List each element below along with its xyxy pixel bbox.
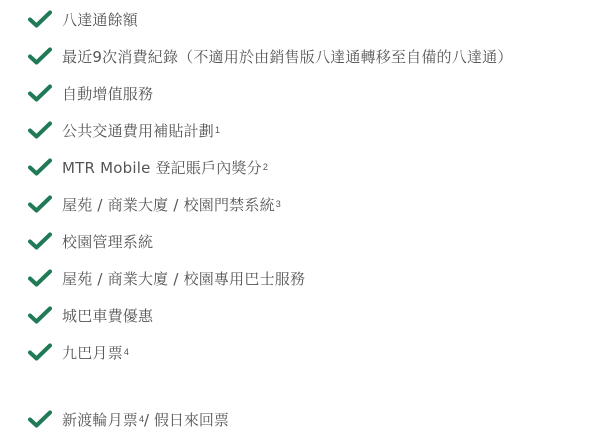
feature-label: 城巴車費優惠	[62, 305, 153, 326]
feature-item-citybus-discount: 城巴車費優惠	[28, 303, 153, 327]
feature-list: 八達通餘額 最近9次消費紀錄（不適用於由銷售版八達通轉移至自備的八達通） 自動增…	[0, 0, 600, 442]
feature-item-ferry-monthly-pass: 新渡輪月票 4 / 假日來回票	[28, 407, 229, 431]
feature-item-shuttle-bus: 屋苑 / 商業大廈 / 校園專用巴士服務	[28, 266, 305, 290]
feature-item-fare-subsidy: 公共交通費用補貼計劃 1	[28, 118, 220, 142]
feature-label: 校園管理系統	[62, 231, 153, 252]
feature-label: MTR Mobile 登記賬戶內獎分	[62, 157, 262, 178]
checkmark-icon	[28, 158, 52, 176]
feature-label: 自動增值服務	[62, 83, 153, 104]
feature-label: 公共交通費用補貼計劃	[62, 120, 214, 141]
checkmark-icon	[28, 195, 52, 213]
feature-label-suffix: / 假日來回票	[144, 409, 229, 430]
checkmark-icon	[28, 343, 52, 361]
feature-item-kmb-monthly-pass: 九巴月票 4	[28, 340, 129, 364]
feature-item-campus-management: 校園管理系統	[28, 229, 153, 253]
checkmark-icon	[28, 269, 52, 287]
checkmark-icon	[28, 84, 52, 102]
feature-item-mtr-mobile-points: MTR Mobile 登記賬戶內獎分 2	[28, 155, 268, 179]
feature-item-auto-add-value: 自動增值服務	[28, 81, 153, 105]
checkmark-icon	[28, 410, 52, 428]
checkmark-icon	[28, 121, 52, 139]
checkmark-icon	[28, 306, 52, 324]
checkmark-icon	[28, 232, 52, 250]
checkmark-icon	[28, 47, 52, 65]
feature-label: 新渡輪月票	[62, 409, 138, 430]
feature-item-access-control: 屋苑 / 商業大廈 / 校園門禁系統 3	[28, 192, 281, 216]
feature-label: 九巴月票	[62, 342, 123, 363]
feature-item-last-9-transactions: 最近9次消費紀錄（不適用於由銷售版八達通轉移至自備的八達通）	[28, 44, 513, 68]
feature-label: 八達通餘額	[62, 9, 138, 30]
feature-label: 屋苑 / 商業大廈 / 校園專用巴士服務	[62, 268, 305, 289]
feature-label: 屋苑 / 商業大廈 / 校園門禁系統	[62, 194, 275, 215]
feature-label: 最近9次消費紀錄（不適用於由銷售版八達通轉移至自備的八達通）	[62, 46, 513, 67]
checkmark-icon	[28, 10, 52, 28]
feature-item-octopus-balance: 八達通餘額	[28, 7, 138, 31]
